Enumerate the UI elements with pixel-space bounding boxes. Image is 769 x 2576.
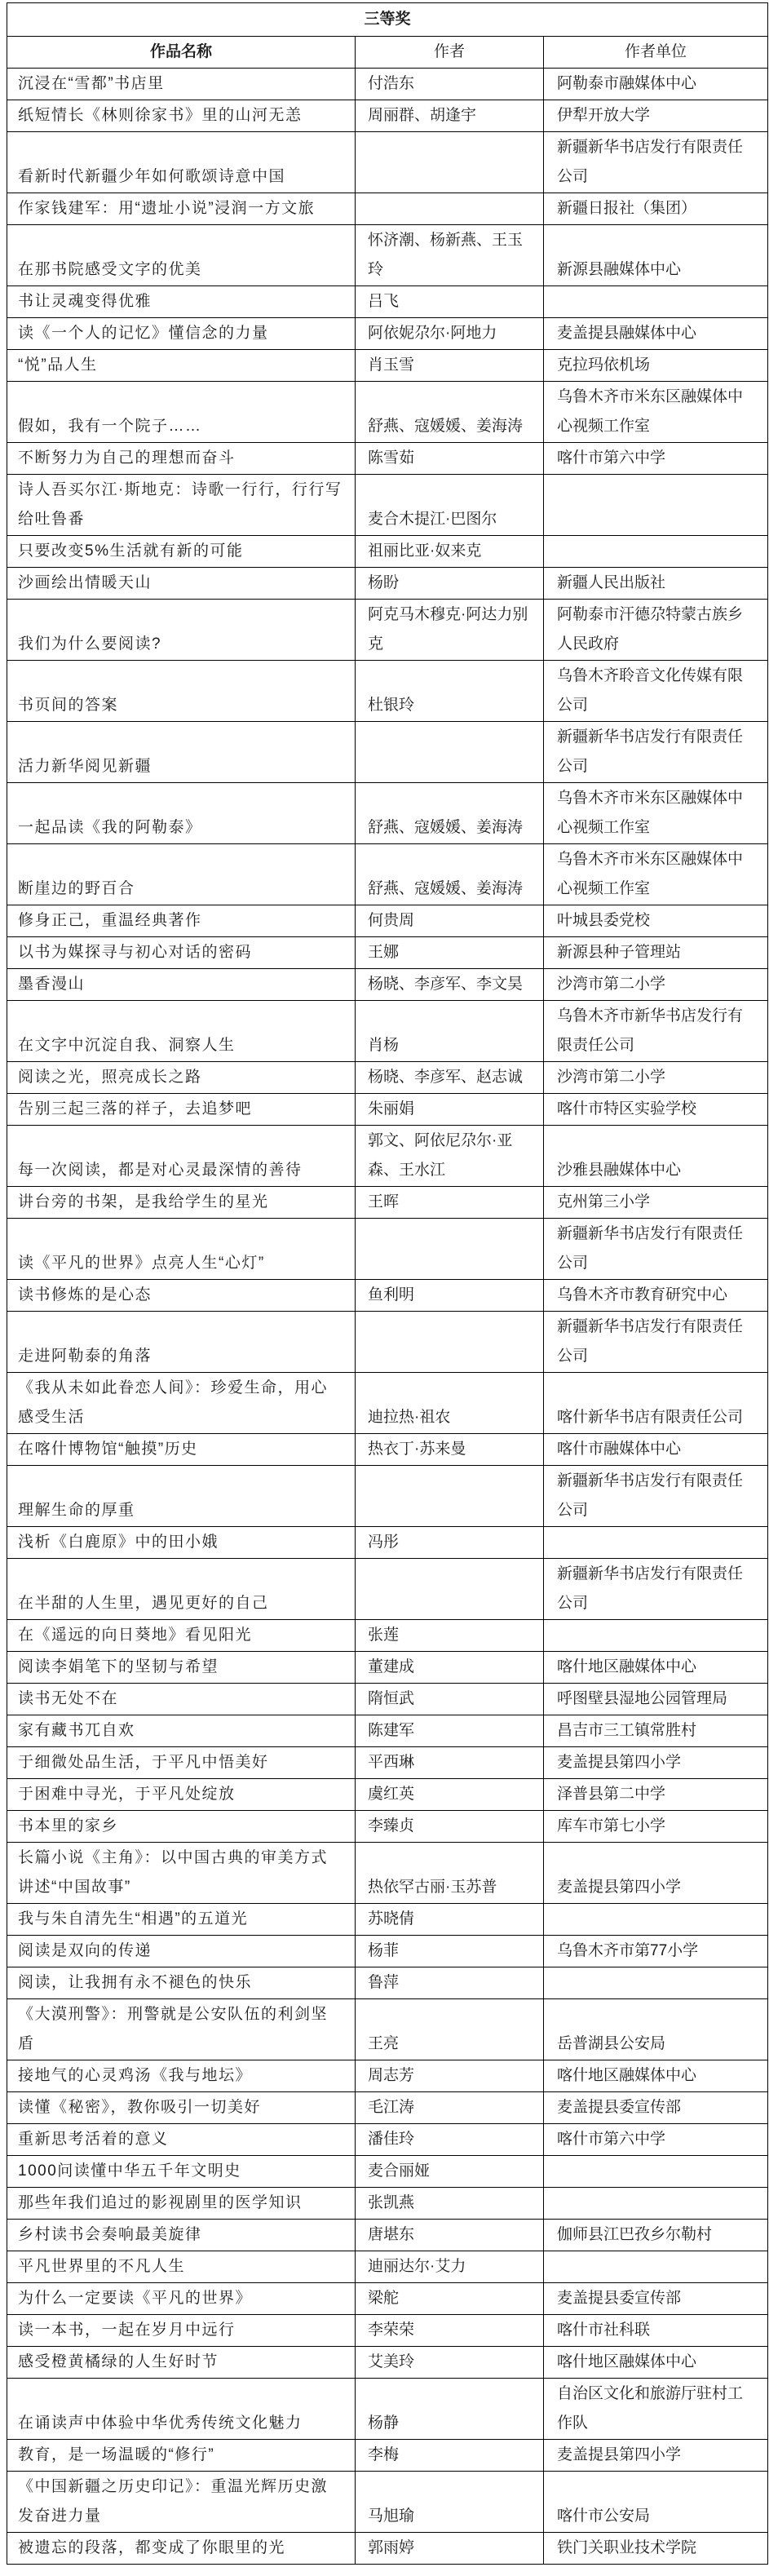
work-title-cell: 假如，我有一个院子…… <box>7 382 356 443</box>
organization-cell: 乌鲁木齐市米东区融媒体中心视频工作室 <box>544 382 768 443</box>
organization-cell: 克州第三小学 <box>544 1187 768 1219</box>
table-row: 一起品读《我的阿勒泰》舒燕、寇媛媛、姜海涛乌鲁木齐市米东区融媒体中心视频工作室 <box>7 783 768 844</box>
organization-cell: 麦盖提县委宣传部 <box>544 2092 768 2124</box>
work-title-cell: 读书无处不在 <box>7 1684 356 1715</box>
organization-cell: 乌鲁木齐市米东区融媒体中心视频工作室 <box>544 844 768 905</box>
table-row: 假如，我有一个院子……舒燕、寇媛媛、姜海涛乌鲁木齐市米东区融媒体中心视频工作室 <box>7 382 768 443</box>
organization-cell: 昌吉市三工镇常胜村 <box>544 1715 768 1747</box>
table-row: 《大漠刑警》：刑警就是公安队伍的利剑坚盾王亮岳普湖县公安局 <box>7 1999 768 2060</box>
table-row: 在文字中沉淀自我、洞察人生肖杨乌鲁木齐市新华书店发行有限责任公司 <box>7 1001 768 1062</box>
author-cell: 王娜 <box>356 937 544 969</box>
table-row: 读书无处不在隋恒武呼图壁县湿地公园管理局 <box>7 1684 768 1715</box>
table-row: 重新思考活着的意义潘佳玲喀什市第六中学 <box>7 2124 768 2156</box>
work-title-cell: 《中国新疆之历史印记》：重温光辉历史激发奋进力量 <box>7 2472 356 2533</box>
organization-cell: 乌鲁木齐聆音文化传媒有限公司 <box>544 661 768 722</box>
author-cell: 祖丽比亚·奴来克 <box>356 536 544 568</box>
table-row: 在半甜的人生里，遇见更好的自己新疆新华书店发行有限责任公司 <box>7 1559 768 1620</box>
table-row: 墨香漫山杨晓、李彦军、李文昊沙湾市第二小学 <box>7 969 768 1001</box>
table-row: 《我从未如此眷恋人间》：珍爱生命，用心感受生活迪拉热·祖农喀什新华书店有限责任公… <box>7 1373 768 1434</box>
author-cell: 陈建军 <box>356 1715 544 1747</box>
author-cell: 舒燕、寇媛媛、姜海涛 <box>356 783 544 844</box>
author-cell: 舒燕、寇媛媛、姜海涛 <box>356 382 544 443</box>
table-row: 感受橙黄橘绿的人生好时节艾美玲喀什地区融媒体中心 <box>7 2347 768 2379</box>
organization-cell: 沙湾市第二小学 <box>544 969 768 1001</box>
work-title-cell: 看新时代新疆少年如何歌颂诗意中国 <box>7 132 356 193</box>
organization-cell: 新疆新华书店发行有限责任公司 <box>544 1466 768 1527</box>
table-row: 书让灵魂变得优雅吕飞 <box>7 286 768 318</box>
author-cell: 艾美玲 <box>356 2347 544 2379</box>
organization-cell: 麦盖提县融媒体中心 <box>544 318 768 350</box>
table-body: 沉浸在“雪都”书店里付浩东阿勒泰市融媒体中心纸短情长《林则徐家书》里的山河无恙周… <box>7 69 768 2565</box>
author-cell: 平西琳 <box>356 1747 544 1779</box>
table-row: 修身正己，重温经典著作何贵周叶城县委党校 <box>7 905 768 937</box>
organization-cell <box>544 536 768 568</box>
work-title-cell: 在半甜的人生里，遇见更好的自己 <box>7 1559 356 1620</box>
author-cell: 潘佳玲 <box>356 2124 544 2156</box>
organization-cell: 阿勒泰市汗德尕特蒙古族乡人民政府 <box>544 600 768 661</box>
organization-cell: 喀什新华书店有限责任公司 <box>544 1373 768 1434</box>
table-row: 在诵读声中体验中华优秀传统文化魅力杨静自治区文化和旅游厅驻村工作队 <box>7 2379 768 2440</box>
work-title-cell: 在诵读声中体验中华优秀传统文化魅力 <box>7 2379 356 2440</box>
work-title-cell: 以书为媒探寻与初心对话的密码 <box>7 937 356 969</box>
work-title-cell: 家有藏书兀自欢 <box>7 1715 356 1747</box>
author-cell: 王晖 <box>356 1187 544 1219</box>
work-title-cell: 书本里的家乡 <box>7 1811 356 1843</box>
author-cell: 郭雨婷 <box>356 2533 544 2565</box>
author-cell <box>356 1559 544 1620</box>
work-title-cell: 告别三起三落的祥子，去追梦吧 <box>7 1094 356 1126</box>
organization-cell <box>544 475 768 536</box>
work-title-cell: 走进阿勒泰的角落 <box>7 1312 356 1373</box>
organization-cell: 新疆人民出版社 <box>544 568 768 600</box>
work-title-cell: 在那书院感受文字的优美 <box>7 225 356 286</box>
author-cell: 董建成 <box>356 1652 544 1684</box>
author-cell <box>356 1466 544 1527</box>
table-row: 浅析《白鹿原》中的田小娥冯彤 <box>7 1527 768 1559</box>
author-cell: 杜银玲 <box>356 661 544 722</box>
author-cell <box>356 1219 544 1280</box>
title-row: 三等奖 <box>7 3 768 37</box>
table-row: 阅读是双向的传递杨菲乌鲁木齐市第77小学 <box>7 1936 768 1967</box>
work-title-cell: 平凡世界里的不凡人生 <box>7 2251 356 2283</box>
table-row: 讲台旁的书架，是我给学生的星光王晖克州第三小学 <box>7 1187 768 1219</box>
table-row: 不断努力为自己的理想而奋斗陈雪茹喀什市第六中学 <box>7 443 768 475</box>
awards-table: 三等奖 作品名称 作者 作者单位 沉浸在“雪都”书店里付浩东阿勒泰市融媒体中心纸… <box>7 2 768 2565</box>
table-row: 只要改变5%生活就有新的可能祖丽比亚·奴来克 <box>7 536 768 568</box>
organization-cell <box>544 1904 768 1936</box>
organization-cell: 乌鲁木齐市教育研究中心 <box>544 1280 768 1312</box>
table-row: 1000问读懂中华五千年文明史麦合丽娅 <box>7 2156 768 2188</box>
author-cell: 舒燕、寇媛媛、姜海涛 <box>356 844 544 905</box>
organization-cell: 乌鲁木齐市米东区融媒体中心视频工作室 <box>544 783 768 844</box>
work-title-cell: 读书修炼的是心态 <box>7 1280 356 1312</box>
author-cell <box>356 132 544 193</box>
organization-cell <box>544 286 768 318</box>
organization-cell: 阿勒泰市融媒体中心 <box>544 69 768 100</box>
author-cell: 热依罕古丽·玉苏普 <box>356 1843 544 1904</box>
table-row: 作家钱建军：用“遗址小说”浸润一方文旅新疆日报社（集团） <box>7 193 768 225</box>
organization-cell: 新疆新华书店发行有限责任公司 <box>544 1219 768 1280</box>
table-row: 为什么一定要读《平凡的世界》梁舵麦盖提县委宣传部 <box>7 2283 768 2315</box>
work-title-cell: 书让灵魂变得优雅 <box>7 286 356 318</box>
table-row: 纸短情长《林则徐家书》里的山河无恙周丽群、胡逢宇伊犁开放大学 <box>7 100 768 132</box>
work-title-cell: 阅读是双向的传递 <box>7 1936 356 1967</box>
table-row: “悦”品人生肖玉雪克拉玛依机场 <box>7 350 768 382</box>
organization-cell: 喀什市社科联 <box>544 2315 768 2347</box>
author-cell: 阿克马木穆克·阿达力别克 <box>356 600 544 661</box>
table-row: 走进阿勒泰的角落新疆新华书店发行有限责任公司 <box>7 1312 768 1373</box>
author-cell: 郭文、阿依尼尕尔·亚森、王水江 <box>356 1126 544 1187</box>
author-cell: 陈雪茹 <box>356 443 544 475</box>
organization-cell: 新疆新华书店发行有限责任公司 <box>544 1312 768 1373</box>
work-title-cell: 感受橙黄橘绿的人生好时节 <box>7 2347 356 2379</box>
organization-cell: 乌鲁木齐市第77小学 <box>544 1936 768 1967</box>
organization-cell <box>544 2156 768 2188</box>
organization-cell: 自治区文化和旅游厅驻村工作队 <box>544 2379 768 2440</box>
organization-cell: 喀什地区融媒体中心 <box>544 1652 768 1684</box>
author-cell: 吕飞 <box>356 286 544 318</box>
author-cell: 杨盼 <box>356 568 544 600</box>
author-cell: 李梅 <box>356 2440 544 2472</box>
work-title-cell: 作家钱建军：用“遗址小说”浸润一方文旅 <box>7 193 356 225</box>
author-cell: 唐堪东 <box>356 2220 544 2251</box>
author-cell: 迪丽达尔·艾力 <box>356 2251 544 2283</box>
table-row: 被遗忘的段落，都变成了你眼里的光郭雨婷铁门关职业技术学院 <box>7 2533 768 2565</box>
work-title-cell: 长篇小说《主角》：以中国古典的审美方式讲述“中国故事” <box>7 1843 356 1904</box>
work-title-cell: 1000问读懂中华五千年文明史 <box>7 2156 356 2188</box>
author-cell: 张莲 <box>356 1620 544 1652</box>
author-cell: 鲁萍 <box>356 1967 544 1999</box>
table-row: 读《一个人的记忆》懂信念的力量阿依妮尕尔·阿地力麦盖提县融媒体中心 <box>7 318 768 350</box>
document-page: 三等奖 作品名称 作者 作者单位 沉浸在“雪都”书店里付浩东阿勒泰市融媒体中心纸… <box>0 0 769 2576</box>
work-title-cell: 《大漠刑警》：刑警就是公安队伍的利剑坚盾 <box>7 1999 356 2060</box>
table-row: 我与朱自清先生“相遇”的五道光苏晓倩 <box>7 1904 768 1936</box>
author-cell: 热衣丁·苏来曼 <box>356 1434 544 1466</box>
author-cell: 杨晓、李彦军、赵志诚 <box>356 1062 544 1094</box>
table-row: 于细微处品生活，于平凡中悟美好平西琳麦盖提县第四小学 <box>7 1747 768 1779</box>
table-title: 三等奖 <box>7 3 768 37</box>
table-row: 读一本书，一起在岁月中远行李荣荣喀什市社科联 <box>7 2315 768 2347</box>
column-header-work-title: 作品名称 <box>7 37 356 69</box>
table-row: 在喀什博物馆“触摸”历史热衣丁·苏来曼喀什市融媒体中心 <box>7 1434 768 1466</box>
work-title-cell: 纸短情长《林则徐家书》里的山河无恙 <box>7 100 356 132</box>
author-cell: 杨静 <box>356 2379 544 2440</box>
work-title-cell: 墨香漫山 <box>7 969 356 1001</box>
table-row: 我们为什么要阅读?阿克马木穆克·阿达力别克阿勒泰市汗德尕特蒙古族乡人民政府 <box>7 600 768 661</box>
table-row: 断崖边的野百合舒燕、寇媛媛、姜海涛乌鲁木齐市米东区融媒体中心视频工作室 <box>7 844 768 905</box>
work-title-cell: 阅读之光，照亮成长之路 <box>7 1062 356 1094</box>
table-row: 教育，是一场温暖的“修行”李梅麦盖提县第四小学 <box>7 2440 768 2472</box>
organization-cell: 库车市第七小学 <box>544 1811 768 1843</box>
work-title-cell: 书页间的答案 <box>7 661 356 722</box>
author-cell: 李荣荣 <box>356 2315 544 2347</box>
work-title-cell: 我与朱自清先生“相遇”的五道光 <box>7 1904 356 1936</box>
work-title-cell: 乡村读书会奏响最美旋律 <box>7 2220 356 2251</box>
table-row: 沉浸在“雪都”书店里付浩东阿勒泰市融媒体中心 <box>7 69 768 100</box>
organization-cell: 伽师县江巴孜乡尔勒村 <box>544 2220 768 2251</box>
author-cell: 鱼利明 <box>356 1280 544 1312</box>
organization-cell: 麦盖提县第四小学 <box>544 2440 768 2472</box>
organization-cell <box>544 2188 768 2220</box>
author-cell: 麦合丽娅 <box>356 2156 544 2188</box>
column-header-organization: 作者单位 <box>544 37 768 69</box>
table-row: 诗人吾买尔江·斯地克：诗歌一行行，行行写给吐鲁番麦合木提江·巴图尔 <box>7 475 768 536</box>
work-title-cell: 《我从未如此眷恋人间》：珍爱生命，用心感受生活 <box>7 1373 356 1434</box>
table-row: 理解生命的厚重新疆新华书店发行有限责任公司 <box>7 1466 768 1527</box>
author-cell: 苏晓倩 <box>356 1904 544 1936</box>
table-row: 在那书院感受文字的优美怀济潮、杨新燕、王玉玲新源县融媒体中心 <box>7 225 768 286</box>
organization-cell: 泽普县第二中学 <box>544 1779 768 1811</box>
organization-cell <box>544 1527 768 1559</box>
work-title-cell: 读《一个人的记忆》懂信念的力量 <box>7 318 356 350</box>
organization-cell: 喀什市特区实验学校 <box>544 1094 768 1126</box>
organization-cell: 沙湾市第二小学 <box>544 1062 768 1094</box>
organization-cell: 乌鲁木齐市新华书店发行有限责任公司 <box>544 1001 768 1062</box>
author-cell: 虞红英 <box>356 1779 544 1811</box>
organization-cell: 铁门关职业技术学院 <box>544 2533 768 2565</box>
organization-cell: 喀什地区融媒体中心 <box>544 2060 768 2092</box>
author-cell: 朱丽娟 <box>356 1094 544 1126</box>
author-cell <box>356 1312 544 1373</box>
author-cell: 杨菲 <box>356 1936 544 1967</box>
table-row: 读书修炼的是心态鱼利明乌鲁木齐市教育研究中心 <box>7 1280 768 1312</box>
author-cell: 梁舵 <box>356 2283 544 2315</box>
work-title-cell: 读懂《秘密》，教你吸引一切美好 <box>7 2092 356 2124</box>
work-title-cell: 不断努力为自己的理想而奋斗 <box>7 443 356 475</box>
work-title-cell: 浅析《白鹿原》中的田小娥 <box>7 1527 356 1559</box>
work-title-cell: 接地气的心灵鸡汤《我与地坛》 <box>7 2060 356 2092</box>
work-title-cell: 我们为什么要阅读? <box>7 600 356 661</box>
author-cell <box>356 193 544 225</box>
work-title-cell: 于困难中寻光，于平凡处绽放 <box>7 1779 356 1811</box>
author-cell: 周志芳 <box>356 2060 544 2092</box>
work-title-cell: 阅读李娟笔下的坚韧与希望 <box>7 1652 356 1684</box>
organization-cell: 呼图壁县湿地公园管理局 <box>544 1684 768 1715</box>
table-row: 于困难中寻光，于平凡处绽放虞红英泽普县第二中学 <box>7 1779 768 1811</box>
column-header-author: 作者 <box>356 37 544 69</box>
table-row: 在《遥远的向日葵地》看见阳光张莲 <box>7 1620 768 1652</box>
table-row: 看新时代新疆少年如何歌颂诗意中国新疆新华书店发行有限责任公司 <box>7 132 768 193</box>
organization-cell: 叶城县委党校 <box>544 905 768 937</box>
author-cell: 怀济潮、杨新燕、王玉玲 <box>356 225 544 286</box>
table-row: 告别三起三落的祥子，去追梦吧朱丽娟喀什市特区实验学校 <box>7 1094 768 1126</box>
organization-cell: 喀什市融媒体中心 <box>544 1434 768 1466</box>
organization-cell: 麦盖提县第四小学 <box>544 1843 768 1904</box>
work-title-cell: 只要改变5%生活就有新的可能 <box>7 536 356 568</box>
table-row: 那些年我们追过的影视剧里的医学知识张凯燕 <box>7 2188 768 2220</box>
table-row: 阅读，让我拥有永不褪色的快乐鲁萍 <box>7 1967 768 1999</box>
work-title-cell: “悦”品人生 <box>7 350 356 382</box>
organization-cell: 新疆新华书店发行有限责任公司 <box>544 1559 768 1620</box>
work-title-cell: 活力新华阅见新疆 <box>7 722 356 783</box>
table-row: 活力新华阅见新疆新疆新华书店发行有限责任公司 <box>7 722 768 783</box>
table-row: 书本里的家乡李臻贞库车市第七小学 <box>7 1811 768 1843</box>
organization-cell: 喀什市第六中学 <box>544 2124 768 2156</box>
table-row: 以书为媒探寻与初心对话的密码王娜新源县种子管理站 <box>7 937 768 969</box>
work-title-cell: 沙画绘出情暖天山 <box>7 568 356 600</box>
organization-cell: 喀什市公安局 <box>544 2472 768 2533</box>
work-title-cell: 阅读，让我拥有永不褪色的快乐 <box>7 1967 356 1999</box>
table-row: 阅读之光，照亮成长之路杨晓、李彦军、赵志诚沙湾市第二小学 <box>7 1062 768 1094</box>
table-row: 读《平凡的世界》点亮人生“心灯”新疆新华书店发行有限责任公司 <box>7 1219 768 1280</box>
organization-cell: 克拉玛依机场 <box>544 350 768 382</box>
author-cell: 马旭瑜 <box>356 2472 544 2533</box>
organization-cell: 新疆新华书店发行有限责任公司 <box>544 722 768 783</box>
organization-cell: 沙雅县融媒体中心 <box>544 1126 768 1187</box>
author-cell: 迪拉热·祖农 <box>356 1373 544 1434</box>
work-title-cell: 读一本书，一起在岁月中远行 <box>7 2315 356 2347</box>
organization-cell: 新疆新华书店发行有限责任公司 <box>544 132 768 193</box>
organization-cell: 新源县融媒体中心 <box>544 225 768 286</box>
organization-cell: 岳普湖县公安局 <box>544 1999 768 2060</box>
author-cell: 周丽群、胡逢宇 <box>356 100 544 132</box>
work-title-cell: 一起品读《我的阿勒泰》 <box>7 783 356 844</box>
work-title-cell: 教育，是一场温暖的“修行” <box>7 2440 356 2472</box>
table-row: 家有藏书兀自欢陈建军昌吉市三工镇常胜村 <box>7 1715 768 1747</box>
table-row: 书页间的答案杜银玲乌鲁木齐聆音文化传媒有限公司 <box>7 661 768 722</box>
author-cell: 阿依妮尕尔·阿地力 <box>356 318 544 350</box>
table-row: 平凡世界里的不凡人生迪丽达尔·艾力 <box>7 2251 768 2283</box>
organization-cell: 喀什市第六中学 <box>544 443 768 475</box>
table-row: 阅读李娟笔下的坚韧与希望董建成喀什地区融媒体中心 <box>7 1652 768 1684</box>
author-cell: 隋恒武 <box>356 1684 544 1715</box>
author-cell: 李臻贞 <box>356 1811 544 1843</box>
work-title-cell: 理解生命的厚重 <box>7 1466 356 1527</box>
organization-cell: 麦盖提县委宣传部 <box>544 2283 768 2315</box>
work-title-cell: 沉浸在“雪都”书店里 <box>7 69 356 100</box>
author-cell: 张凯燕 <box>356 2188 544 2220</box>
organization-cell: 麦盖提县第四小学 <box>544 1747 768 1779</box>
author-cell: 杨晓、李彦军、李文昊 <box>356 969 544 1001</box>
organization-cell <box>544 1620 768 1652</box>
author-cell <box>356 722 544 783</box>
organization-cell <box>544 2251 768 2283</box>
author-cell: 何贵周 <box>356 905 544 937</box>
organization-cell <box>544 1967 768 1999</box>
author-cell: 肖玉雪 <box>356 350 544 382</box>
work-title-cell: 在喀什博物馆“触摸”历史 <box>7 1434 356 1466</box>
work-title-cell: 为什么一定要读《平凡的世界》 <box>7 2283 356 2315</box>
work-title-cell: 诗人吾买尔江·斯地克：诗歌一行行，行行写给吐鲁番 <box>7 475 356 536</box>
organization-cell: 喀什地区融媒体中心 <box>544 2347 768 2379</box>
table-row: 接地气的心灵鸡汤《我与地坛》周志芳喀什地区融媒体中心 <box>7 2060 768 2092</box>
work-title-cell: 修身正己，重温经典著作 <box>7 905 356 937</box>
author-cell: 毛江涛 <box>356 2092 544 2124</box>
work-title-cell: 在《遥远的向日葵地》看见阳光 <box>7 1620 356 1652</box>
table-row: 《中国新疆之历史印记》：重温光辉历史激发奋进力量马旭瑜喀什市公安局 <box>7 2472 768 2533</box>
header-row: 作品名称 作者 作者单位 <box>7 37 768 69</box>
table-row: 沙画绘出情暖天山杨盼新疆人民出版社 <box>7 568 768 600</box>
work-title-cell: 读《平凡的世界》点亮人生“心灯” <box>7 1219 356 1280</box>
work-title-cell: 于细微处品生活，于平凡中悟美好 <box>7 1747 356 1779</box>
work-title-cell: 重新思考活着的意义 <box>7 2124 356 2156</box>
work-title-cell: 断崖边的野百合 <box>7 844 356 905</box>
author-cell: 麦合木提江·巴图尔 <box>356 475 544 536</box>
work-title-cell: 被遗忘的段落，都变成了你眼里的光 <box>7 2533 356 2565</box>
author-cell: 冯彤 <box>356 1527 544 1559</box>
work-title-cell: 那些年我们追过的影视剧里的医学知识 <box>7 2188 356 2220</box>
work-title-cell: 在文字中沉淀自我、洞察人生 <box>7 1001 356 1062</box>
organization-cell: 伊犁开放大学 <box>544 100 768 132</box>
organization-cell: 新疆日报社（集团） <box>544 193 768 225</box>
table-row: 每一次阅读，都是对心灵最深情的善待郭文、阿依尼尕尔·亚森、王水江沙雅县融媒体中心 <box>7 1126 768 1187</box>
author-cell: 付浩东 <box>356 69 544 100</box>
work-title-cell: 讲台旁的书架，是我给学生的星光 <box>7 1187 356 1219</box>
organization-cell: 新源县种子管理站 <box>544 937 768 969</box>
author-cell: 王亮 <box>356 1999 544 2060</box>
author-cell: 肖杨 <box>356 1001 544 1062</box>
table-row: 长篇小说《主角》：以中国古典的审美方式讲述“中国故事”热依罕古丽·玉苏普麦盖提县… <box>7 1843 768 1904</box>
table-row: 读懂《秘密》，教你吸引一切美好毛江涛麦盖提县委宣传部 <box>7 2092 768 2124</box>
work-title-cell: 每一次阅读，都是对心灵最深情的善待 <box>7 1126 356 1187</box>
table-row: 乡村读书会奏响最美旋律唐堪东伽师县江巴孜乡尔勒村 <box>7 2220 768 2251</box>
